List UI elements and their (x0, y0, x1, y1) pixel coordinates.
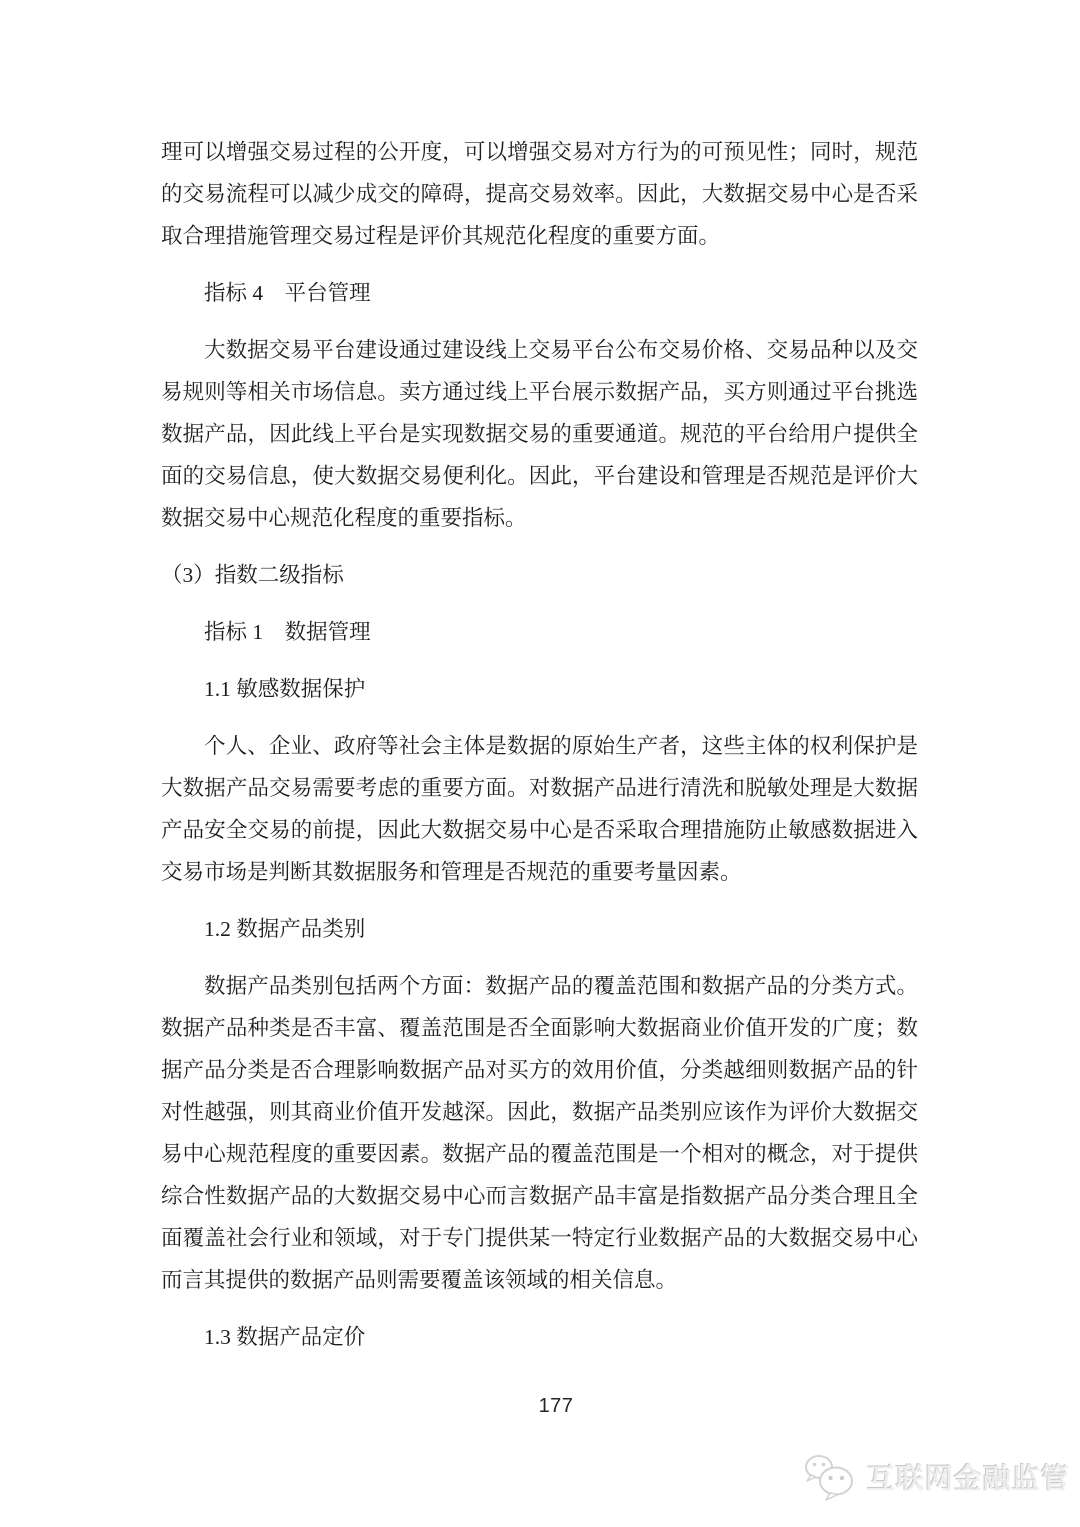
wechat-bubbles-icon (802, 1452, 858, 1502)
section-heading: 指标 4 平台管理 (161, 272, 918, 314)
section-heading: 1.1 敏感数据保护 (161, 668, 918, 710)
watermark-text: 互联网金融监管 (867, 1457, 1070, 1497)
section-heading: 1.2 数据产品类别 (161, 908, 918, 950)
document-body: 理可以增强交易过程的公开度，可以增强交易对方行为的可预见性；同时，规范的交易流程… (161, 131, 918, 1358)
page-number: 177 (0, 1392, 1080, 1420)
paragraph: 大数据交易平台建设通过建设线上交易平台公布交易价格、交易品种以及交易规则等相关市… (161, 329, 918, 539)
document-page: 理可以增强交易过程的公开度，可以增强交易对方行为的可预见性；同时，规范的交易流程… (0, 0, 1080, 1527)
paragraph: 个人、企业、政府等社会主体是数据的原始生产者，这些主体的权利保护是大数据产品交易… (161, 725, 918, 893)
watermark: 互联网金融监管 (802, 1452, 1070, 1502)
section-heading: 指标 1 数据管理 (161, 611, 918, 653)
section-heading: 1.3 数据产品定价 (161, 1316, 918, 1358)
section-heading: （3）指数二级指标 (161, 554, 918, 596)
paragraph: 理可以增强交易过程的公开度，可以增强交易对方行为的可预见性；同时，规范的交易流程… (161, 131, 918, 257)
paragraph: 数据产品类别包括两个方面：数据产品的覆盖范围和数据产品的分类方式。数据产品种类是… (161, 965, 918, 1301)
